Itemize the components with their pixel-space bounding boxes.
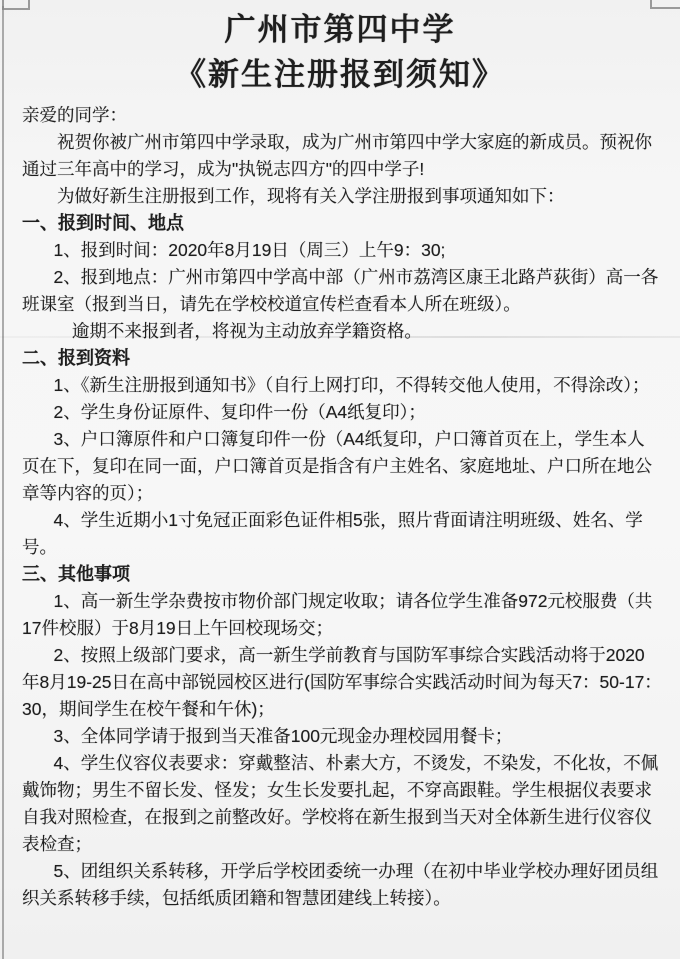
section-3-heading: 三、其他事项 bbox=[22, 561, 662, 588]
section-3-item-5: 5、团组织关系转移，开学后学校团委统一办理（在初中毕业学校办理好团员组织关系转移… bbox=[22, 858, 662, 912]
section-2-item-1: 1、《新生注册报到通知书》（自行上网打印，不得转交他人使用，不得涂改）； bbox=[22, 372, 662, 399]
page-left-border bbox=[2, 6, 4, 959]
section-3-item-2: 2、按照上级部门要求，高一新生学前教育与国防军事综合实践活动将于2020年8月1… bbox=[22, 642, 662, 723]
section-2-item-3: 3、户口簿原件和户口簿复印件一份（A4纸复印，户口簿首页在上，学生本人页在下，复… bbox=[22, 426, 662, 507]
document-page: 广州市第四中学 《新生注册报到须知》 亲爱的同学： 祝贺你被广州市第四中学录取，… bbox=[0, 0, 680, 959]
section-1-heading: 一、报到时间、地点 bbox=[22, 210, 662, 237]
section-1-item-2: 2、报到地点：广州市第四中学高中部（广州市荔湾区康王北路芦荻街）高一各班课室（报… bbox=[22, 264, 662, 318]
scan-corner-mark-right bbox=[650, 0, 680, 9]
section-1-item-1: 1、报到时间：2020年8月19日（周三）上午9：30; bbox=[22, 237, 662, 264]
school-name-title: 广州市第四中学 bbox=[0, 0, 680, 52]
intro-paragraph-2: 为做好新生注册报到工作，现将有关入学注册报到事项通知如下： bbox=[22, 183, 662, 210]
section-2-heading: 二、报到资料 bbox=[22, 345, 662, 372]
section-3-item-3: 3、全体同学请于报到当天准备100元现金办理校园用餐卡； bbox=[22, 723, 662, 750]
section-3-item-4: 4、学生仪容仪表要求：穿戴整洁、朴素大方，不烫发，不染发，不化妆，不佩戴饰物；男… bbox=[22, 750, 662, 858]
section-3-item-1: 1、高一新生学杂费按市物价部门规定收取；请各位学生准备972元校服费（共17件校… bbox=[22, 588, 662, 642]
section-1-note: 逾期不来报到者，将视为主动放弃学籍资格。 bbox=[22, 318, 662, 345]
greeting-line: 亲爱的同学： bbox=[22, 102, 662, 129]
section-2-item-2: 2、学生身份证原件、复印件一份（A4纸复印）； bbox=[22, 399, 662, 426]
scan-artifact-line bbox=[0, 336, 680, 338]
document-title: 《新生注册报到须知》 bbox=[0, 52, 680, 97]
scan-corner-mark-left bbox=[2, 0, 30, 10]
section-2-item-4: 4、学生近期小1寸免冠正面彩色证件相5张，照片背面请注明班级、姓名、学号。 bbox=[22, 507, 662, 561]
intro-paragraph-1: 祝贺你被广州市第四中学录取，成为广州市第四中学大家庭的新成员。预祝你通过三年高中… bbox=[22, 129, 662, 183]
document-body: 亲爱的同学： 祝贺你被广州市第四中学录取，成为广州市第四中学大家庭的新成员。预祝… bbox=[0, 97, 680, 912]
